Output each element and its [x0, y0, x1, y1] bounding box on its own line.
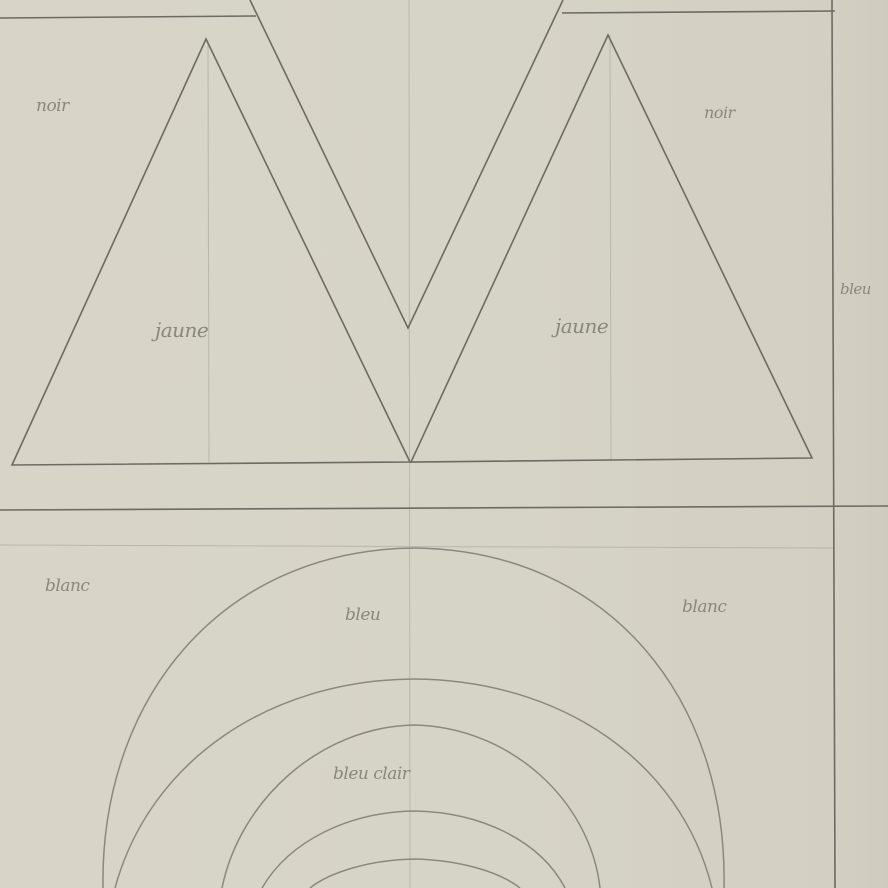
left-triangle — [12, 39, 410, 465]
label-noir-left: noir — [36, 96, 69, 116]
label-noir-right: noir — [704, 103, 735, 122]
label-blanc-left: blanc — [45, 576, 89, 596]
triangles — [12, 35, 812, 465]
outer-arc — [103, 548, 724, 888]
label-bleu-outer-ring: bleu — [345, 605, 380, 625]
construction-lines — [0, 0, 835, 888]
panel-divider — [0, 506, 888, 510]
right-vertical-border — [832, 0, 835, 888]
v-band — [250, 0, 563, 328]
label-bleu-clair-inner: bleu clair — [333, 764, 409, 784]
right-triangle — [411, 35, 812, 462]
frame-lines — [0, 0, 888, 888]
label-jaune-left-triangle: jaune — [155, 318, 208, 342]
arc-2 — [115, 679, 712, 888]
label-bleu-right-strip: bleu — [840, 280, 871, 298]
arc-4 — [262, 811, 565, 888]
pencil-drawing — [0, 0, 888, 888]
concentric-arcs — [103, 548, 724, 888]
top-right-border — [562, 11, 835, 13]
top-left-border — [0, 16, 256, 18]
arc-3 — [222, 725, 600, 888]
label-jaune-right-triangle: jaune — [555, 314, 608, 338]
label-blanc-right: blanc — [682, 597, 726, 617]
arc-5 — [310, 859, 520, 888]
